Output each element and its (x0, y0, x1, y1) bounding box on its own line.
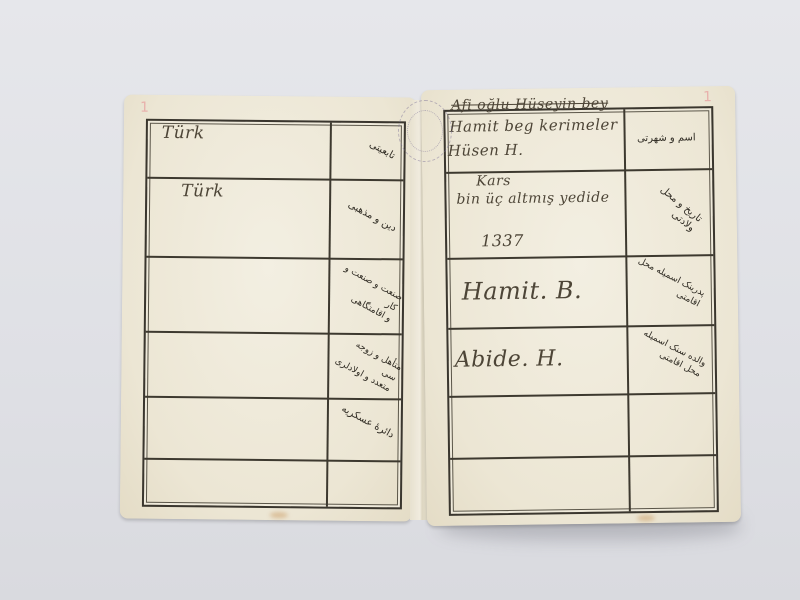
row-divider (448, 324, 714, 329)
marital-label: متأهل و زوجه سی متعدد و اولادلری (327, 331, 404, 395)
name-value-line-2: Hamit beg kerimeler (449, 115, 617, 135)
left-page-table: Türk تابعیتی Türk دین و مذهبی صنعت و صنع… (142, 119, 406, 510)
occupation-label: صنعت و صنعت و کار و اقامتگاهی (328, 261, 405, 325)
military-label: دائرهٔ عسکریه (334, 400, 396, 441)
column-divider (326, 123, 332, 507)
row-divider (147, 256, 403, 260)
corner-mark: 1 (703, 90, 717, 104)
birth-label: تاریخ و محل ولادتی (633, 171, 704, 235)
left-page: 1 Türk تابعیتی Türk دین و مذهبی صنعت و ص… (120, 94, 416, 521)
birthplace-value: Kars (476, 173, 511, 189)
row-divider (450, 454, 716, 459)
row-divider (447, 254, 713, 259)
father-label: پدرینک اسمیله محل اقامتی (630, 255, 707, 310)
age-stain (637, 515, 655, 521)
row-divider (145, 396, 401, 400)
religion-label: دین و مذهبی (338, 195, 398, 235)
mother-value: Abide. H. (455, 346, 564, 373)
corner-mark: 1 (140, 101, 154, 115)
father-value: Hamit. B. (462, 276, 583, 306)
row-divider (144, 458, 400, 462)
right-page-table: Afi oğlu Hüseyin bey Hamit beg kerimeler… (443, 106, 719, 516)
nationality-label: تابعیتی (339, 123, 397, 162)
name-label: اسم و شهرتی (636, 132, 696, 145)
row-divider (146, 331, 402, 335)
official-seal-stamp (398, 100, 452, 162)
religion-value: Türk (181, 181, 224, 201)
name-value-line-3: Hüsen H. (448, 141, 524, 160)
birthdate-text-value: bin üç altmış yedide (456, 190, 609, 208)
age-stain (270, 512, 288, 518)
right-page: 1 Afi oğlu Hüseyin bey Hamit beg kerimel… (421, 86, 741, 526)
name-value-line-1: Afi oğlu Hüseyin bey (451, 96, 608, 114)
nationality-value: Türk (162, 123, 205, 143)
row-divider (449, 392, 715, 397)
birth-year-value: 1337 (481, 231, 524, 251)
mother-label: والده سنک اسمیله محل اقامتی (631, 325, 708, 380)
